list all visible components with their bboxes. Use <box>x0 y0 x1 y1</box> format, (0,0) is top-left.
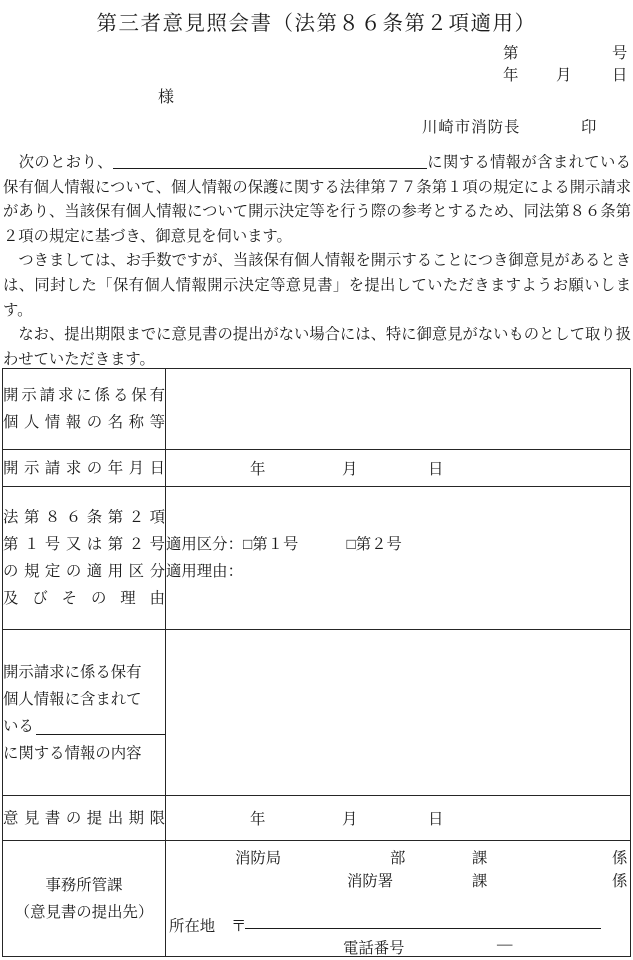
row2-date-cell[interactable]: 年 月 日 <box>166 450 631 487</box>
row3-label-cell: 法第８６条第２項 第１号又は第２号 の規定の適用区分 及びその理由 <box>3 487 166 630</box>
row6-label-line1: 事務所管課 <box>3 872 165 899</box>
row5-label: 意見書の提出期限 <box>3 805 165 832</box>
row1-label-cell: 開示請求に係る保有 個人情報の名称等 <box>3 369 166 450</box>
row4-label-line2: 個人情報に含まれて <box>3 686 165 713</box>
row4-value-cell-empty[interactable] <box>166 630 631 796</box>
station-label: 消防署 <box>347 869 393 891</box>
apply-reason-label: 適用理由： <box>166 563 243 580</box>
apply-reason-line: 適用理由： <box>166 558 630 586</box>
header-date-year-label: 年 <box>503 63 518 85</box>
form-table: 開示請求に係る保有 個人情報の名称等 開示請求の年月日 年 月 日 法第８６条第… <box>2 368 631 957</box>
row5-day-label: 日 <box>428 807 443 829</box>
row1-label-line1: 開示請求に係る保有 <box>3 382 165 409</box>
dept-label: 部 <box>390 846 405 868</box>
apply-category-label: 適用区分： <box>166 536 243 553</box>
table-row: 開示請求に係る保有 個人情報の名称等 <box>3 369 631 450</box>
sender-name: 川崎市消防長 <box>422 115 520 137</box>
unit2-label: 係 <box>612 869 627 891</box>
row6-label-cell: 事務所管課 （意見書の提出先） <box>3 841 166 957</box>
doc-number-prefix: 第 <box>503 41 518 63</box>
row4-label-line4: に関する情報の内容 <box>3 740 165 767</box>
phone-label: 電話番号 <box>343 936 405 958</box>
paragraph-2: つきましては、お手数ですが、当該保有個人情報を開示することにつき御意見があるとき… <box>3 249 631 323</box>
row1-label-line2: 個人情報の名称等 <box>3 409 165 436</box>
addressee-honorific: 様 <box>158 84 174 107</box>
header-date-month-label: 月 <box>556 63 571 85</box>
row4-label-line3: いる <box>3 713 165 740</box>
checkbox-clause2[interactable]: □ <box>346 536 355 553</box>
phone-separator: ― <box>497 936 512 954</box>
row2-label-cell: 開示請求の年月日 <box>3 450 166 487</box>
row5-label-cell: 意見書の提出期限 <box>3 796 166 841</box>
address-blank[interactable] <box>245 911 601 929</box>
seal-mark: 印 <box>581 115 596 137</box>
row4-label-cell: 開示請求に係る保有 個人情報に含まれて いる に関する情報の内容 <box>3 630 166 796</box>
row4-label-line1: 開示請求に係る保有 <box>3 659 165 686</box>
row6-contact-cell: 消防局 部 課 係 消防署 課 係 所在地 〒 電話番号 ― <box>166 841 631 957</box>
section2-label: 課 <box>472 869 487 891</box>
row5-year-label: 年 <box>250 807 265 829</box>
body-text: 次のとおり、に関する情報が含まれている保有個人情報について、個人情報の保護に関す… <box>3 151 631 372</box>
row1-value-cell-empty[interactable] <box>166 369 631 450</box>
row5-date-cell[interactable]: 年 月 日 <box>166 796 631 841</box>
table-row: 開示請求の年月日 年 月 日 <box>3 450 631 487</box>
address-label: 所在地 <box>169 914 215 936</box>
row4-label-line3-lead: いる <box>3 713 34 740</box>
row2-day-label: 日 <box>428 457 443 479</box>
row3-label-line3: の規定の適用区分 <box>3 558 165 585</box>
apply-category-line: 適用区分：□第１号□第２号 <box>166 531 630 559</box>
header-date-day-label: 日 <box>612 63 627 85</box>
row6-label-line2: （意見書の提出先） <box>3 899 165 926</box>
row2-month-label: 月 <box>342 457 357 479</box>
row2-label: 開示請求の年月日 <box>3 455 165 482</box>
clause1-option-label: 第１号 <box>252 536 298 553</box>
row3-label-line1: 法第８６条第２項 <box>3 504 165 531</box>
row2-year-label: 年 <box>250 457 265 479</box>
subject-name-blank[interactable] <box>113 154 427 169</box>
clause2-option-label: 第２号 <box>356 536 402 553</box>
row3-apply-cell: 適用区分：□第１号□第２号 適用理由： <box>166 487 631 630</box>
table-row: 開示請求に係る保有 個人情報に含まれて いる に関する情報の内容 <box>3 630 631 796</box>
paragraph-1: 次のとおり、に関する情報が含まれている保有個人情報について、個人情報の保護に関す… <box>3 151 631 249</box>
paragraph-3: なお、提出期限までに意見書の提出がない場合には、特に御意見がないものとして取り扱… <box>3 323 631 372</box>
unit1-label: 係 <box>612 846 627 868</box>
table-row: 法第８６条第２項 第１号又は第２号 の規定の適用区分 及びその理由 適用区分：□… <box>3 487 631 630</box>
bureau-label: 消防局 <box>235 846 281 868</box>
table-row: 事務所管課 （意見書の提出先） 消防局 部 課 係 消防署 課 係 所在地 〒 … <box>3 841 631 957</box>
section1-label: 課 <box>472 846 487 868</box>
row4-inline-blank[interactable] <box>36 734 165 735</box>
table-row: 意見書の提出期限 年 月 日 <box>3 796 631 841</box>
paragraph-1-lead: 次のとおり、 <box>3 154 113 171</box>
checkbox-clause1[interactable]: □ <box>243 536 252 553</box>
row3-label-line4: 及びその理由 <box>3 585 165 612</box>
row3-label-line2: 第１号又は第２号 <box>3 531 165 558</box>
row5-month-label: 月 <box>342 807 357 829</box>
doc-number-suffix: 号 <box>612 41 627 63</box>
page-title: 第三者意見照会書（法第８６条第２項適用） <box>0 6 633 36</box>
